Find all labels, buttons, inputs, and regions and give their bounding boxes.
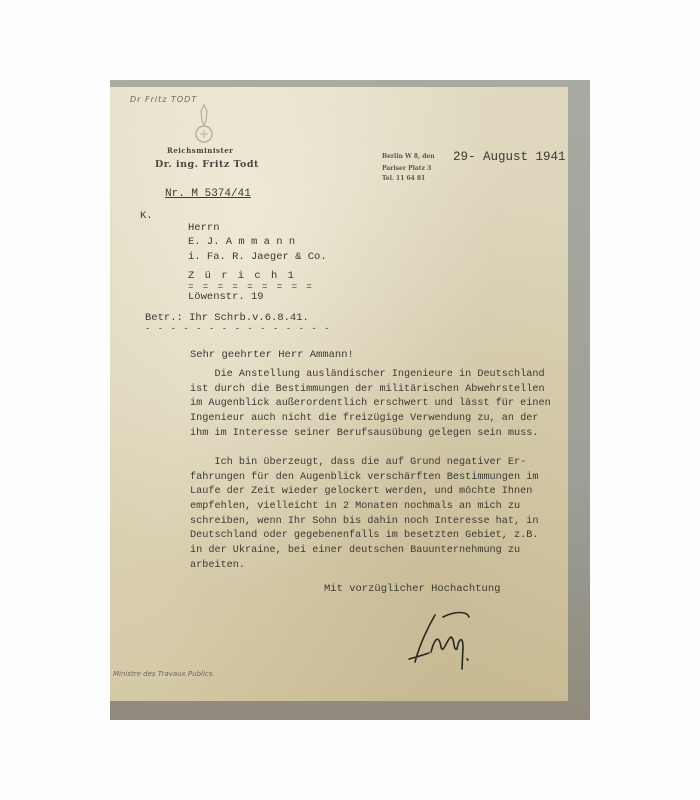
body-line: arbeiten. xyxy=(190,560,245,571)
letterhead-title: Reichsminister xyxy=(167,146,233,155)
body-line: ist durch die Bestimmungen der militäris… xyxy=(190,384,545,395)
letter-date: 29- August 1941 xyxy=(453,150,566,164)
eagle-swastika-icon xyxy=(193,103,215,145)
body-line: schreiben, wenn Ihr Sohn bis dahin noch … xyxy=(190,516,538,527)
subject-line: Betr.: Ihr Schrb.v.6.8.41. xyxy=(145,312,309,324)
body-line: Ingenieur auch nicht die freizügige Verw… xyxy=(190,413,538,424)
body-line: in der Ukraine, bei einer deutschen Bauu… xyxy=(190,545,520,556)
body-line: Laufe der Zeit wieder gelockert werden, … xyxy=(190,486,532,497)
signature xyxy=(395,607,485,677)
letterhead-tel: Tel. 11 64 81 xyxy=(382,175,425,182)
body-line: fahrungen für den Augenblick verschärfte… xyxy=(190,472,538,483)
letterhead-street: Pariser Platz 3 xyxy=(382,165,431,172)
greeting: Sehr geehrter Herr Ammann! xyxy=(190,349,354,361)
body-line: Die Anstellung ausländischer Ingenieure … xyxy=(190,369,545,380)
handwritten-bottom-note: Ministre des Travaux Publics. xyxy=(113,670,215,678)
subject-underline: - - - - - - - - - - - - - - - xyxy=(145,324,331,334)
letterhead-name: Dr. ing. Fritz Todt xyxy=(155,159,259,170)
body-line: Deutschland oder gegebenenfalls im beset… xyxy=(190,530,538,541)
body-line: ihm im Interesse seiner Berufsausübung g… xyxy=(190,428,538,439)
closing: Mit vorzüglicher Hochachtung xyxy=(324,583,500,595)
recipient-city: Z ü r i c h 1 xyxy=(188,270,296,282)
recipient-name: E. J. A m m a n n xyxy=(188,236,295,248)
reference-number: Nr. M 5374/41 xyxy=(165,188,251,200)
handwritten-top-note: Dr Fritz TODT xyxy=(130,95,197,104)
recipient-street: Löwenstr. 19 xyxy=(188,291,264,303)
recipient-salutation: Herrn xyxy=(188,222,220,234)
body-line: im Augenblick außerordentlich erschwert … xyxy=(190,398,551,409)
body-line: empfehlen, vielleicht in 2 Monaten nochm… xyxy=(190,501,520,512)
letterhead-city: Berlin W 8, den xyxy=(382,153,435,160)
recipient-company: i. Fa. R. Jaeger & Co. xyxy=(188,251,327,263)
body-line: Ich bin überzeugt, dass die auf Grund ne… xyxy=(190,457,526,468)
initial: K. xyxy=(140,210,153,222)
